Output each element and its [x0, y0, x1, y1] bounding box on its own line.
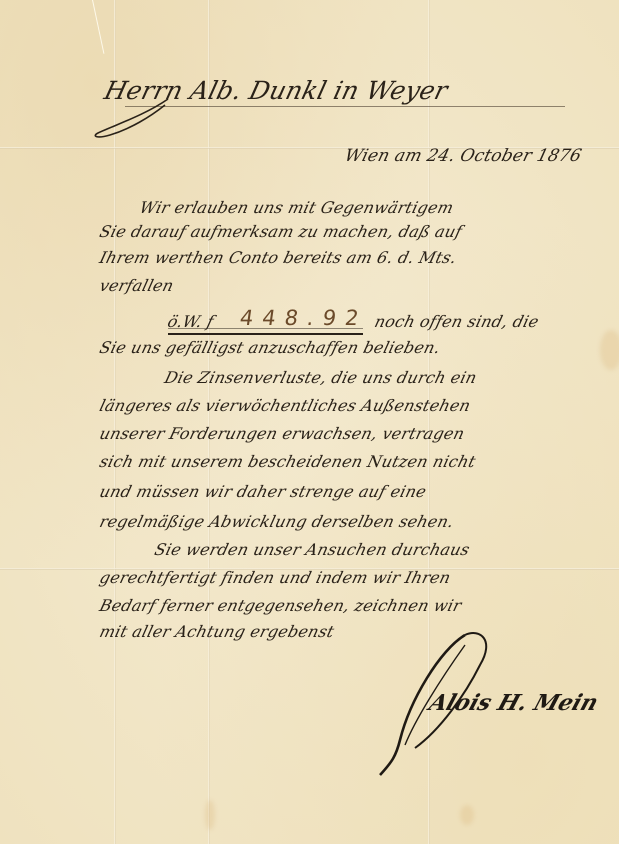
body-line: Ihrem werthen Conto bereits am 6. d. Mts… [98, 248, 459, 267]
amount-due: 448.92 [238, 306, 369, 330]
amount-underline [168, 328, 363, 329]
paper-stain [460, 805, 474, 825]
body-line: Sie uns gefälligst anzuschaffen belieben… [98, 338, 443, 357]
body-line: Sie werden unser Ansuchen durchaus [153, 540, 472, 559]
amount-underline [168, 333, 363, 335]
salutation-flourish [90, 95, 180, 140]
signature: Alois H. Mein [426, 690, 602, 716]
paper-stain [205, 800, 215, 830]
fold-line-vertical [208, 0, 210, 844]
body-line: regelmäßige Abwicklung derselben sehen. [98, 512, 456, 531]
body-line: Wir erlauben uns mit Gegenwärtigem [138, 198, 456, 217]
body-line: unserer Forderungen erwachsen, vertragen [98, 424, 467, 443]
body-line: längeres als vierwöchentliches Außensteh… [98, 396, 473, 415]
body-line: Bedarf ferner entgegensehen, zeichnen wi… [98, 596, 464, 615]
body-line: gerechtfertigt finden und indem wir Ihre… [98, 568, 453, 587]
body-line: und müssen wir daher strenge auf eine [98, 482, 429, 501]
body-line: sich mit unserem bescheidenen Nutzen nic… [98, 452, 478, 471]
salutation-rule [125, 106, 565, 107]
paper-stain [600, 330, 619, 370]
date-line: Wien am 24. October 1876 [343, 146, 584, 166]
body-line: mit aller Achtung ergebenst [98, 622, 337, 641]
body-line: noch offen sind, die [373, 312, 541, 331]
body-line: Die Zinsenverluste, die uns durch ein [163, 368, 479, 387]
body-line: Sie darauf aufmerksam zu machen, daß auf [98, 222, 464, 241]
body-line: verfallen [98, 276, 176, 295]
